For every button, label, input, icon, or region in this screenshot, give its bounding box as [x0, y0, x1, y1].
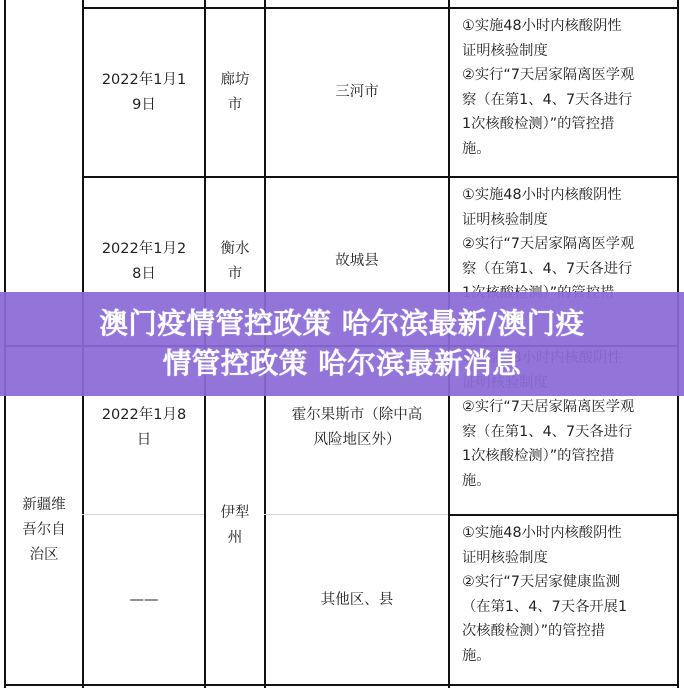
district-cell: 三河市 — [266, 9, 448, 176]
measures-text: 证明核验制度 — [462, 39, 634, 64]
city-text: 市 — [221, 93, 250, 118]
district-cell: 霍尔果斯市（除中高 风险地区外） — [266, 403, 448, 514]
province-text: 治区 — [22, 543, 66, 568]
date-text: —— — [130, 588, 159, 613]
province-text: 吾尔自 — [22, 518, 66, 543]
province-text: 新疆维 — [22, 493, 66, 518]
banner-title-line: 情管控政策 哈尔滨最新消息 — [163, 344, 521, 384]
measures-text: ①实施48小时内核酸阴性 — [462, 183, 634, 208]
measures-text: ②实行“7天居家隔离医学观 — [462, 232, 634, 257]
measures-text: 次核酸检测）”的管控措 — [462, 619, 627, 644]
city-text: 市 — [221, 262, 250, 287]
date-cell: 2022年1月1 9日 — [84, 9, 204, 176]
measures-text: 证明核验制度 — [462, 546, 627, 571]
measures-text: （在第1、4、7天各开展1 — [462, 595, 627, 620]
measures-text: ②实行“7天居家隔离医学观 — [462, 395, 634, 420]
measures-text: 1次核酸检测）”的管控措 — [462, 112, 634, 137]
city-text: 伊犁 — [221, 501, 250, 526]
measures-text: 察（在第1、4、7天各进行 — [462, 420, 634, 445]
date-text: 8日 — [102, 262, 186, 287]
measures-text: ②实行“7天居家隔离医学观 — [462, 63, 634, 88]
date-cell: 2022年1月8 日 — [84, 403, 204, 514]
measures-text: ①实施48小时内核酸阴性 — [462, 521, 627, 546]
measures-cell: ①实施48小时内核酸阴性 证明核验制度 ②实行“7天居家健康监测 （在第1、4、… — [450, 521, 677, 684]
city-cell: 伊犁 州 — [206, 347, 264, 684]
date-cell: —— — [84, 516, 204, 684]
measures-text: 施。 — [462, 644, 627, 669]
measures-text: 施。 — [462, 469, 634, 494]
province-cell: 新疆维 吾尔自 治区 — [6, 347, 82, 684]
title-banner: 澳门疫情管控政策 哈尔滨最新/澳门疫 情管控政策 哈尔滨最新消息 — [0, 292, 684, 396]
policy-table: 2022年1月1 9日 廊坊 市 三河市 ①实施48小时内核酸阴性 证明核验制度… — [0, 0, 684, 688]
measures-text: ②实行“7天居家健康监测 — [462, 570, 627, 595]
grid-line — [448, 514, 679, 516]
district-text: 故城县 — [335, 249, 379, 274]
date-text: 2022年1月1 — [102, 68, 186, 93]
date-text: 2022年1月2 — [102, 237, 186, 262]
measures-text: 施。 — [462, 137, 634, 162]
measures-text: 察（在第1、4、7天各进行 — [462, 257, 634, 282]
district-text: 三河市 — [335, 80, 379, 105]
measures-text: ①实施48小时内核酸阴性 — [462, 14, 634, 39]
city-cell: 廊坊 市 — [206, 9, 264, 176]
city-text: 州 — [221, 526, 250, 551]
district-text: 其他区、县 — [321, 588, 394, 613]
measures-text: 察（在第1、4、7天各进行 — [462, 88, 634, 113]
measures-text: 证明核验制度 — [462, 208, 634, 233]
date-text: 9日 — [102, 93, 186, 118]
date-text: 日 — [102, 428, 186, 453]
row-separator-light — [82, 514, 204, 515]
measures-text: 1次核酸检测）”的管控措 — [462, 444, 634, 469]
district-text: 霍尔果斯市（除中高 — [292, 403, 423, 428]
date-text: 2022年1月8 — [102, 403, 186, 428]
row-separator-light — [264, 514, 448, 515]
grid-line — [4, 684, 679, 686]
banner-title-line: 澳门疫情管控政策 哈尔滨最新/澳门疫 — [99, 304, 584, 344]
city-text: 衡水 — [221, 237, 250, 262]
district-text: 风险地区外） — [292, 428, 423, 453]
measures-cell: ①实施48小时内核酸阴性 证明核验制度 ②实行“7天居家隔离医学观 察（在第1、… — [450, 14, 677, 176]
city-text: 廊坊 — [221, 68, 250, 93]
district-cell: 其他区、县 — [266, 516, 448, 684]
